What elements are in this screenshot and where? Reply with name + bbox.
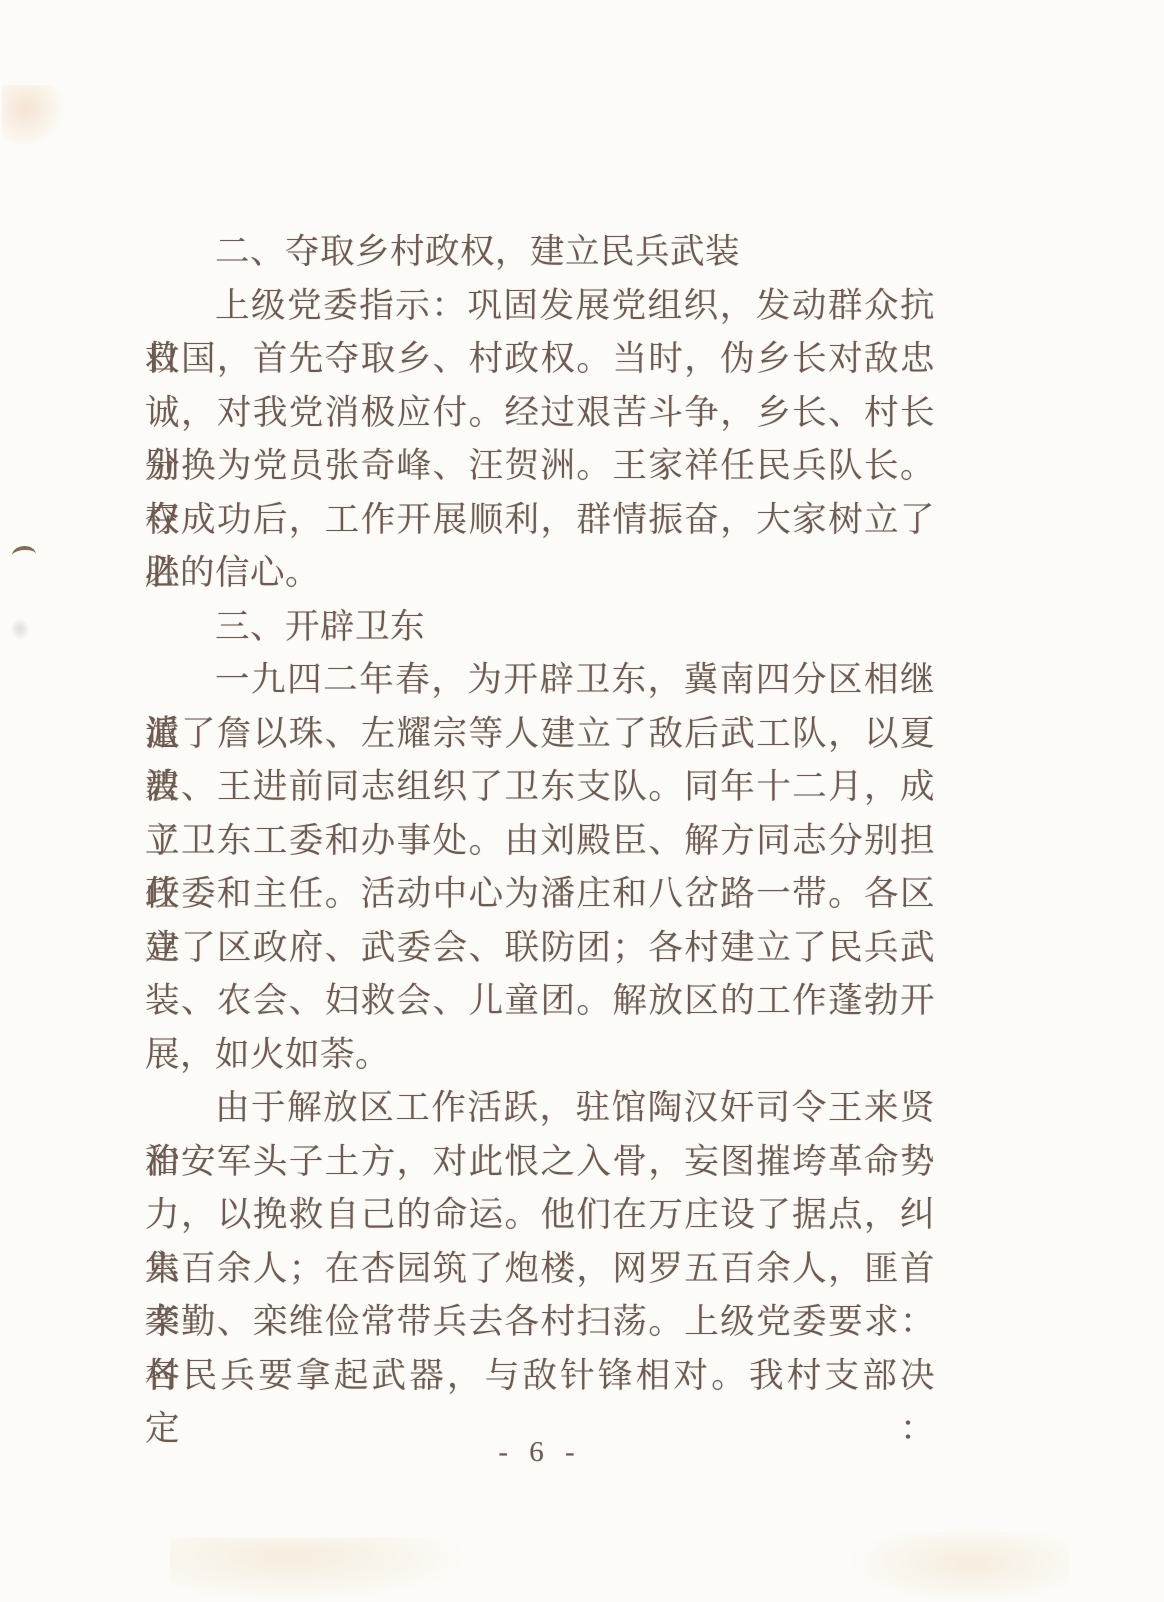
text-line: 展，如火如荼。 — [145, 1029, 935, 1083]
text-line: 救国，首先夺取乡、村政权。当时，伪乡长对敌忠 — [145, 333, 935, 387]
scan-speck-faint — [10, 618, 30, 640]
text-line: 波、王进前同志组织了卫东支队。同年十二月，成立 — [145, 761, 935, 815]
text-line: 村民兵要拿起武器，与敌针锋相对。我村支部决定： — [145, 1350, 935, 1404]
text-line: 孝勤、栾维俭常带兵去各村扫荡。上级党委要求：各 — [145, 1296, 935, 1350]
text-line: 由于解放区工作活跃，驻馆陶汉奸司令王来贤和 — [145, 1082, 935, 1136]
text-line: 一九四二年春，为开辟卫东，冀南四分区相继派 — [145, 654, 935, 708]
text-line: 胜的信心。 — [145, 547, 935, 601]
text-line: 上级党委指示：巩固发展党组织，发动群众抗日 — [145, 280, 935, 334]
scan-smudge-bottom-right — [850, 1532, 1070, 1602]
document-page: 二、夺取乡村政权，建立民兵武装 上级党委指示：巩固发展党组织，发动群众抗日 救国… — [0, 0, 1164, 1602]
scan-smudge-top-left — [2, 85, 62, 145]
text-line: 力，以挽救自己的命运。他们在万庄设了据点，纠集 — [145, 1189, 935, 1243]
text-line: 别换为党员张奇峰、汪贺洲。王家祥任民兵队长。夺 — [145, 440, 935, 494]
text-line: 权成功后，工作开展顺利，群情振奋，大家树立了必 — [145, 494, 935, 548]
text-line: 六百余人；在杏园筑了炮楼，网罗五百余人，匪首栾 — [145, 1243, 935, 1297]
scan-speck-dark — [11, 545, 36, 565]
text-line: 诚，对我党消极应付。经过艰苦斗争，乡长、村长分 — [145, 387, 935, 441]
text-line: 政委和主任。活动中心为潘庄和八岔路一带。各区建 — [145, 868, 935, 922]
text-line: 治安军头子土方，对此恨之入骨，妄图摧垮革命势 — [145, 1136, 935, 1190]
section-heading: 三、开辟卫东 — [145, 601, 935, 655]
text-line: 了卫东工委和办事处。由刘殿臣、解方同志分别担任 — [145, 815, 935, 869]
text-line: 遣了詹以珠、左耀宗等人建立了敌后武工队，以夏碧 — [145, 708, 935, 762]
text-line: 立了区政府、武委会、联防团；各村建立了民兵武 — [145, 922, 935, 976]
scan-smudge-bottom-left — [170, 1538, 470, 1602]
text-line: 装、农会、妇救会、儿童团。解放区的工作蓬勃开 — [145, 975, 935, 1029]
page-number: - 6 - — [145, 1432, 935, 1472]
section-heading: 二、夺取乡村政权，建立民兵武装 — [145, 226, 935, 280]
text-block: 二、夺取乡村政权，建立民兵武装 上级党委指示：巩固发展党组织，发动群众抗日 救国… — [145, 226, 935, 1403]
